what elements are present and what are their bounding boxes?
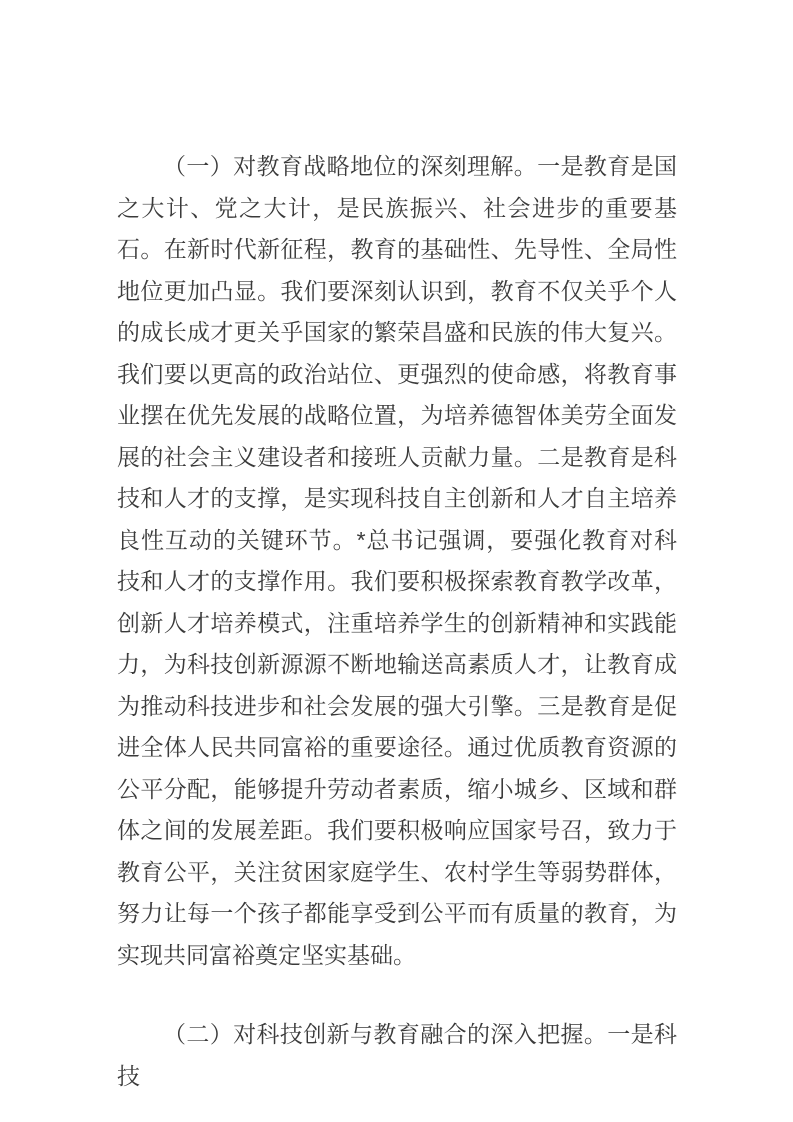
paragraph-section-2: （二）对科技创新与教育融合的深入把握。一是科技 xyxy=(117,1014,677,1097)
document-body: （一）对教育战略地位的深刻理解。一是教育是国之大计、党之大计，是民族振兴、社会进… xyxy=(117,146,677,1097)
document-page: （一）对教育战略地位的深刻理解。一是教育是国之大计、党之大计，是民族振兴、社会进… xyxy=(0,0,793,1122)
paragraph-section-1: （一）对教育战略地位的深刻理解。一是教育是国之大计、党之大计，是民族振兴、社会进… xyxy=(117,146,677,976)
